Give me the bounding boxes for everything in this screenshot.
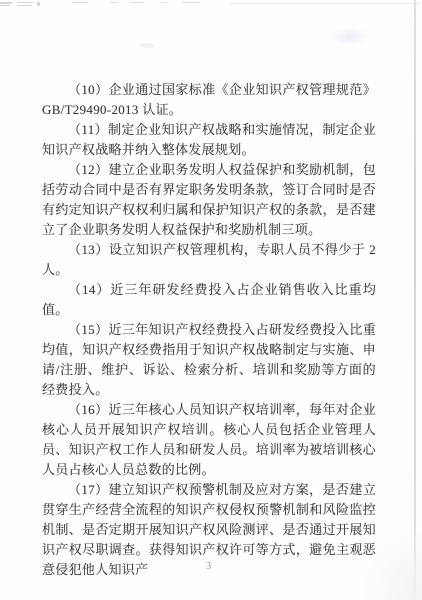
scan-smudge [140,43,154,48]
document-paragraph-15: （15）近三年知识产权经费投入占研发经费投入比重均值，知识产权经费指用于知识产权… [42,320,376,400]
document-paragraph-16: （16）近三年核心人员知识产权培训率，每年对企业核心人员开展知识产权培训。核心人… [42,400,376,480]
document-paragraph-13: （13）设立知识产权管理机构，专职人员不得少于 2 人。 [42,240,376,280]
scan-artifact [17,2,33,3]
scan-artifact [37,2,40,7]
document-paragraph-11: （11）制定企业知识产权战略和实施情况，制定企业知识产权战略并纳入整体发展规划。 [42,120,376,160]
page-edge-line [414,0,416,600]
scanned-page: （10）企业通过国家标准《企业知识产权管理规范》GB/T29490-2013 认… [0,0,422,600]
document-paragraph-12: （12）建立企业职务发明人权益保护和奖励机制，包括劳动合同中是否有界定职务发明条… [42,160,376,240]
scan-artifact [182,2,200,3]
scan-artifact [130,2,143,3]
document-paragraph-10: （10）企业通过国家标准《企业知识产权管理规范》GB/T29490-2013 认… [42,80,376,120]
scan-artifact [0,2,12,4]
scan-artifact [0,5,10,6]
scan-artifact [160,2,167,3]
document-body: （10）企业通过国家标准《企业知识产权管理规范》GB/T29490-2013 认… [42,80,376,580]
scan-artifact [110,2,118,3]
scan-smudge [328,27,370,46]
page-number: 3 [42,560,376,572]
scan-artifact [72,2,88,3]
document-paragraph-14: （14）近三年研发经费投入占企业销售收入比重均值。 [42,280,376,320]
scan-artifact [17,5,32,6]
scan-artifact [230,3,420,4]
